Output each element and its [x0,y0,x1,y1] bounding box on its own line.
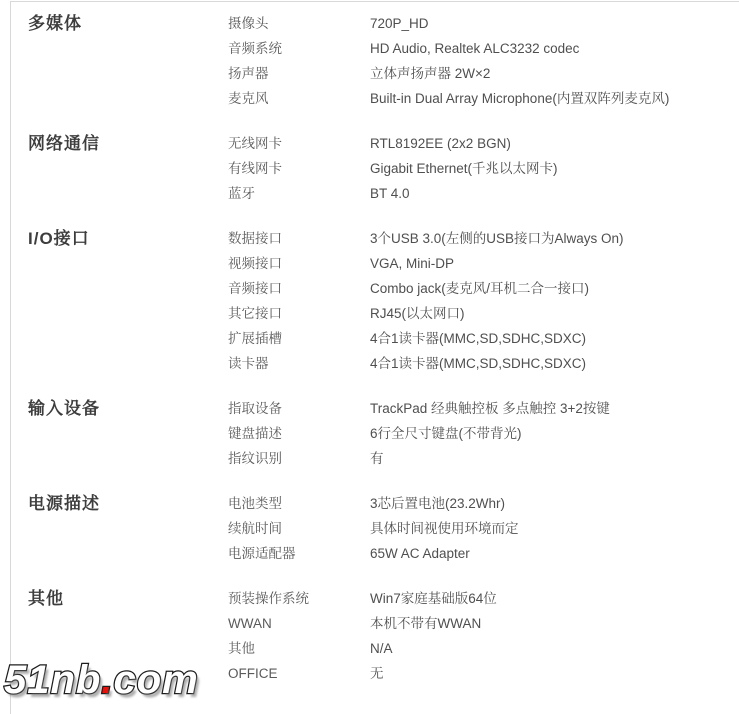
spec-section: 电源描述 电池类型 3芯后置电池(23.2Whr) 续航时间 具体时间视使用环境… [28,491,739,566]
spec-row: 数据接口 3个USB 3.0(左侧的USB接口为Always On) [228,226,739,251]
spec-row: 其他 N/A [228,636,739,661]
spec-value: Win7家庭基础版64位 [370,586,739,611]
spec-label: OFFICE [228,661,370,686]
spec-value: 立体声扬声器 2W×2 [370,61,739,86]
spec-value: RJ45(以太网口) [370,301,739,326]
spec-row: 指取设备 TrackPad 经典触控板 多点触控 3+2按键 [228,396,739,421]
spec-label: WWAN [228,611,370,636]
spec-row: 扩展插槽 4合1读卡器(MMC,SD,SDHC,SDXC) [228,326,739,351]
spec-value: RTL8192EE (2x2 BGN) [370,131,739,156]
spec-value: 6行全尺寸键盘(不带背光) [370,421,739,446]
spec-row: 有线网卡 Gigabit Ethernet(千兆以太网卡) [228,156,739,181]
spec-rows: 电池类型 3芯后置电池(23.2Whr) 续航时间 具体时间视使用环境而定 电源… [228,491,739,566]
section-title: 电源描述 [28,491,228,516]
spec-label: 指纹识别 [228,446,370,471]
watermark-text-left: 51nb [4,658,101,702]
spec-label: 视频接口 [228,251,370,276]
spec-value: BT 4.0 [370,181,739,206]
watermark-dot: . [101,658,113,702]
spec-label: 扬声器 [228,61,370,86]
watermark-logo: 51nb.com [4,658,199,703]
spec-label: 有线网卡 [228,156,370,181]
spec-rows: 预装操作系统 Win7家庭基础版64位 WWAN 本机不带有WWAN 其他 N/… [228,586,739,686]
spec-row: 键盘描述 6行全尺寸键盘(不带背光) [228,421,739,446]
spec-label: 麦克风 [228,86,370,111]
spec-value: 具体时间视使用环境而定 [370,516,739,541]
spec-row: 其它接口 RJ45(以太网口) [228,301,739,326]
watermark-text-right: com [113,658,198,702]
spec-row: 蓝牙 BT 4.0 [228,181,739,206]
spec-value: Gigabit Ethernet(千兆以太网卡) [370,156,739,181]
spec-value: 无 [370,661,739,686]
section-title: 输入设备 [28,396,228,421]
spec-label: 电池类型 [228,491,370,516]
spec-label: 其它接口 [228,301,370,326]
spec-value: 4合1读卡器(MMC,SD,SDHC,SDXC) [370,351,739,376]
spec-row: 预装操作系统 Win7家庭基础版64位 [228,586,739,611]
section-title: I/O接口 [28,226,228,251]
spec-row: 视频接口 VGA, Mini-DP [228,251,739,276]
spec-row: 扬声器 立体声扬声器 2W×2 [228,61,739,86]
spec-label: 音频接口 [228,276,370,301]
spec-value: HD Audio, Realtek ALC3232 codec [370,36,739,61]
spec-value: VGA, Mini-DP [370,251,739,276]
spec-row: 无线网卡 RTL8192EE (2x2 BGN) [228,131,739,156]
spec-row: 续航时间 具体时间视使用环境而定 [228,516,739,541]
spec-row: 读卡器 4合1读卡器(MMC,SD,SDHC,SDXC) [228,351,739,376]
spec-rows: 无线网卡 RTL8192EE (2x2 BGN) 有线网卡 Gigabit Et… [228,131,739,206]
spec-label: 数据接口 [228,226,370,251]
spec-row: OFFICE 无 [228,661,739,686]
spec-label: 电源适配器 [228,541,370,566]
spec-row: 指纹识别 有 [228,446,739,471]
spec-row: 电源适配器 65W AC Adapter [228,541,739,566]
spec-section: 输入设备 指取设备 TrackPad 经典触控板 多点触控 3+2按键 键盘描述… [28,396,739,471]
spec-label: 其他 [228,636,370,661]
section-title: 网络通信 [28,131,228,156]
spec-label: 蓝牙 [228,181,370,206]
spec-label: 续航时间 [228,516,370,541]
spec-value: N/A [370,636,739,661]
spec-label: 指取设备 [228,396,370,421]
spec-section: 网络通信 无线网卡 RTL8192EE (2x2 BGN) 有线网卡 Gigab… [28,131,739,206]
spec-row: 电池类型 3芯后置电池(23.2Whr) [228,491,739,516]
spec-table: 多媒体 摄像头 720P_HD 音频系统 HD Audio, Realtek A… [10,1,739,714]
spec-value: TrackPad 经典触控板 多点触控 3+2按键 [370,396,739,421]
spec-rows: 数据接口 3个USB 3.0(左侧的USB接口为Always On) 视频接口 … [228,226,739,376]
spec-page: 多媒体 摄像头 720P_HD 音频系统 HD Audio, Realtek A… [0,0,739,714]
spec-value: 本机不带有WWAN [370,611,739,636]
spec-value: 3芯后置电池(23.2Whr) [370,491,739,516]
spec-value: 有 [370,446,739,471]
spec-row: 音频接口 Combo jack(麦克风/耳机二合一接口) [228,276,739,301]
spec-value: 720P_HD [370,11,739,36]
spec-label: 音频系统 [228,36,370,61]
spec-value: 4合1读卡器(MMC,SD,SDHC,SDXC) [370,326,739,351]
spec-row: 麦克风 Built-in Dual Array Microphone(内置双阵列… [228,86,739,111]
spec-label: 预装操作系统 [228,586,370,611]
section-title: 多媒体 [28,11,228,36]
spec-section: I/O接口 数据接口 3个USB 3.0(左侧的USB接口为Always On)… [28,226,739,376]
spec-value: Built-in Dual Array Microphone(内置双阵列麦克风) [370,86,739,111]
spec-label: 键盘描述 [228,421,370,446]
spec-rows: 摄像头 720P_HD 音频系统 HD Audio, Realtek ALC32… [228,11,739,111]
spec-section: 多媒体 摄像头 720P_HD 音频系统 HD Audio, Realtek A… [28,11,739,111]
spec-label: 读卡器 [228,351,370,376]
spec-row: 音频系统 HD Audio, Realtek ALC3232 codec [228,36,739,61]
spec-row: 摄像头 720P_HD [228,11,739,36]
spec-label: 无线网卡 [228,131,370,156]
spec-rows: 指取设备 TrackPad 经典触控板 多点触控 3+2按键 键盘描述 6行全尺… [228,396,739,471]
spec-value: Combo jack(麦克风/耳机二合一接口) [370,276,739,301]
spec-value: 65W AC Adapter [370,541,739,566]
spec-label: 扩展插槽 [228,326,370,351]
spec-row: WWAN 本机不带有WWAN [228,611,739,636]
spec-label: 摄像头 [228,11,370,36]
spec-value: 3个USB 3.0(左侧的USB接口为Always On) [370,226,739,251]
section-title: 其他 [28,586,228,611]
